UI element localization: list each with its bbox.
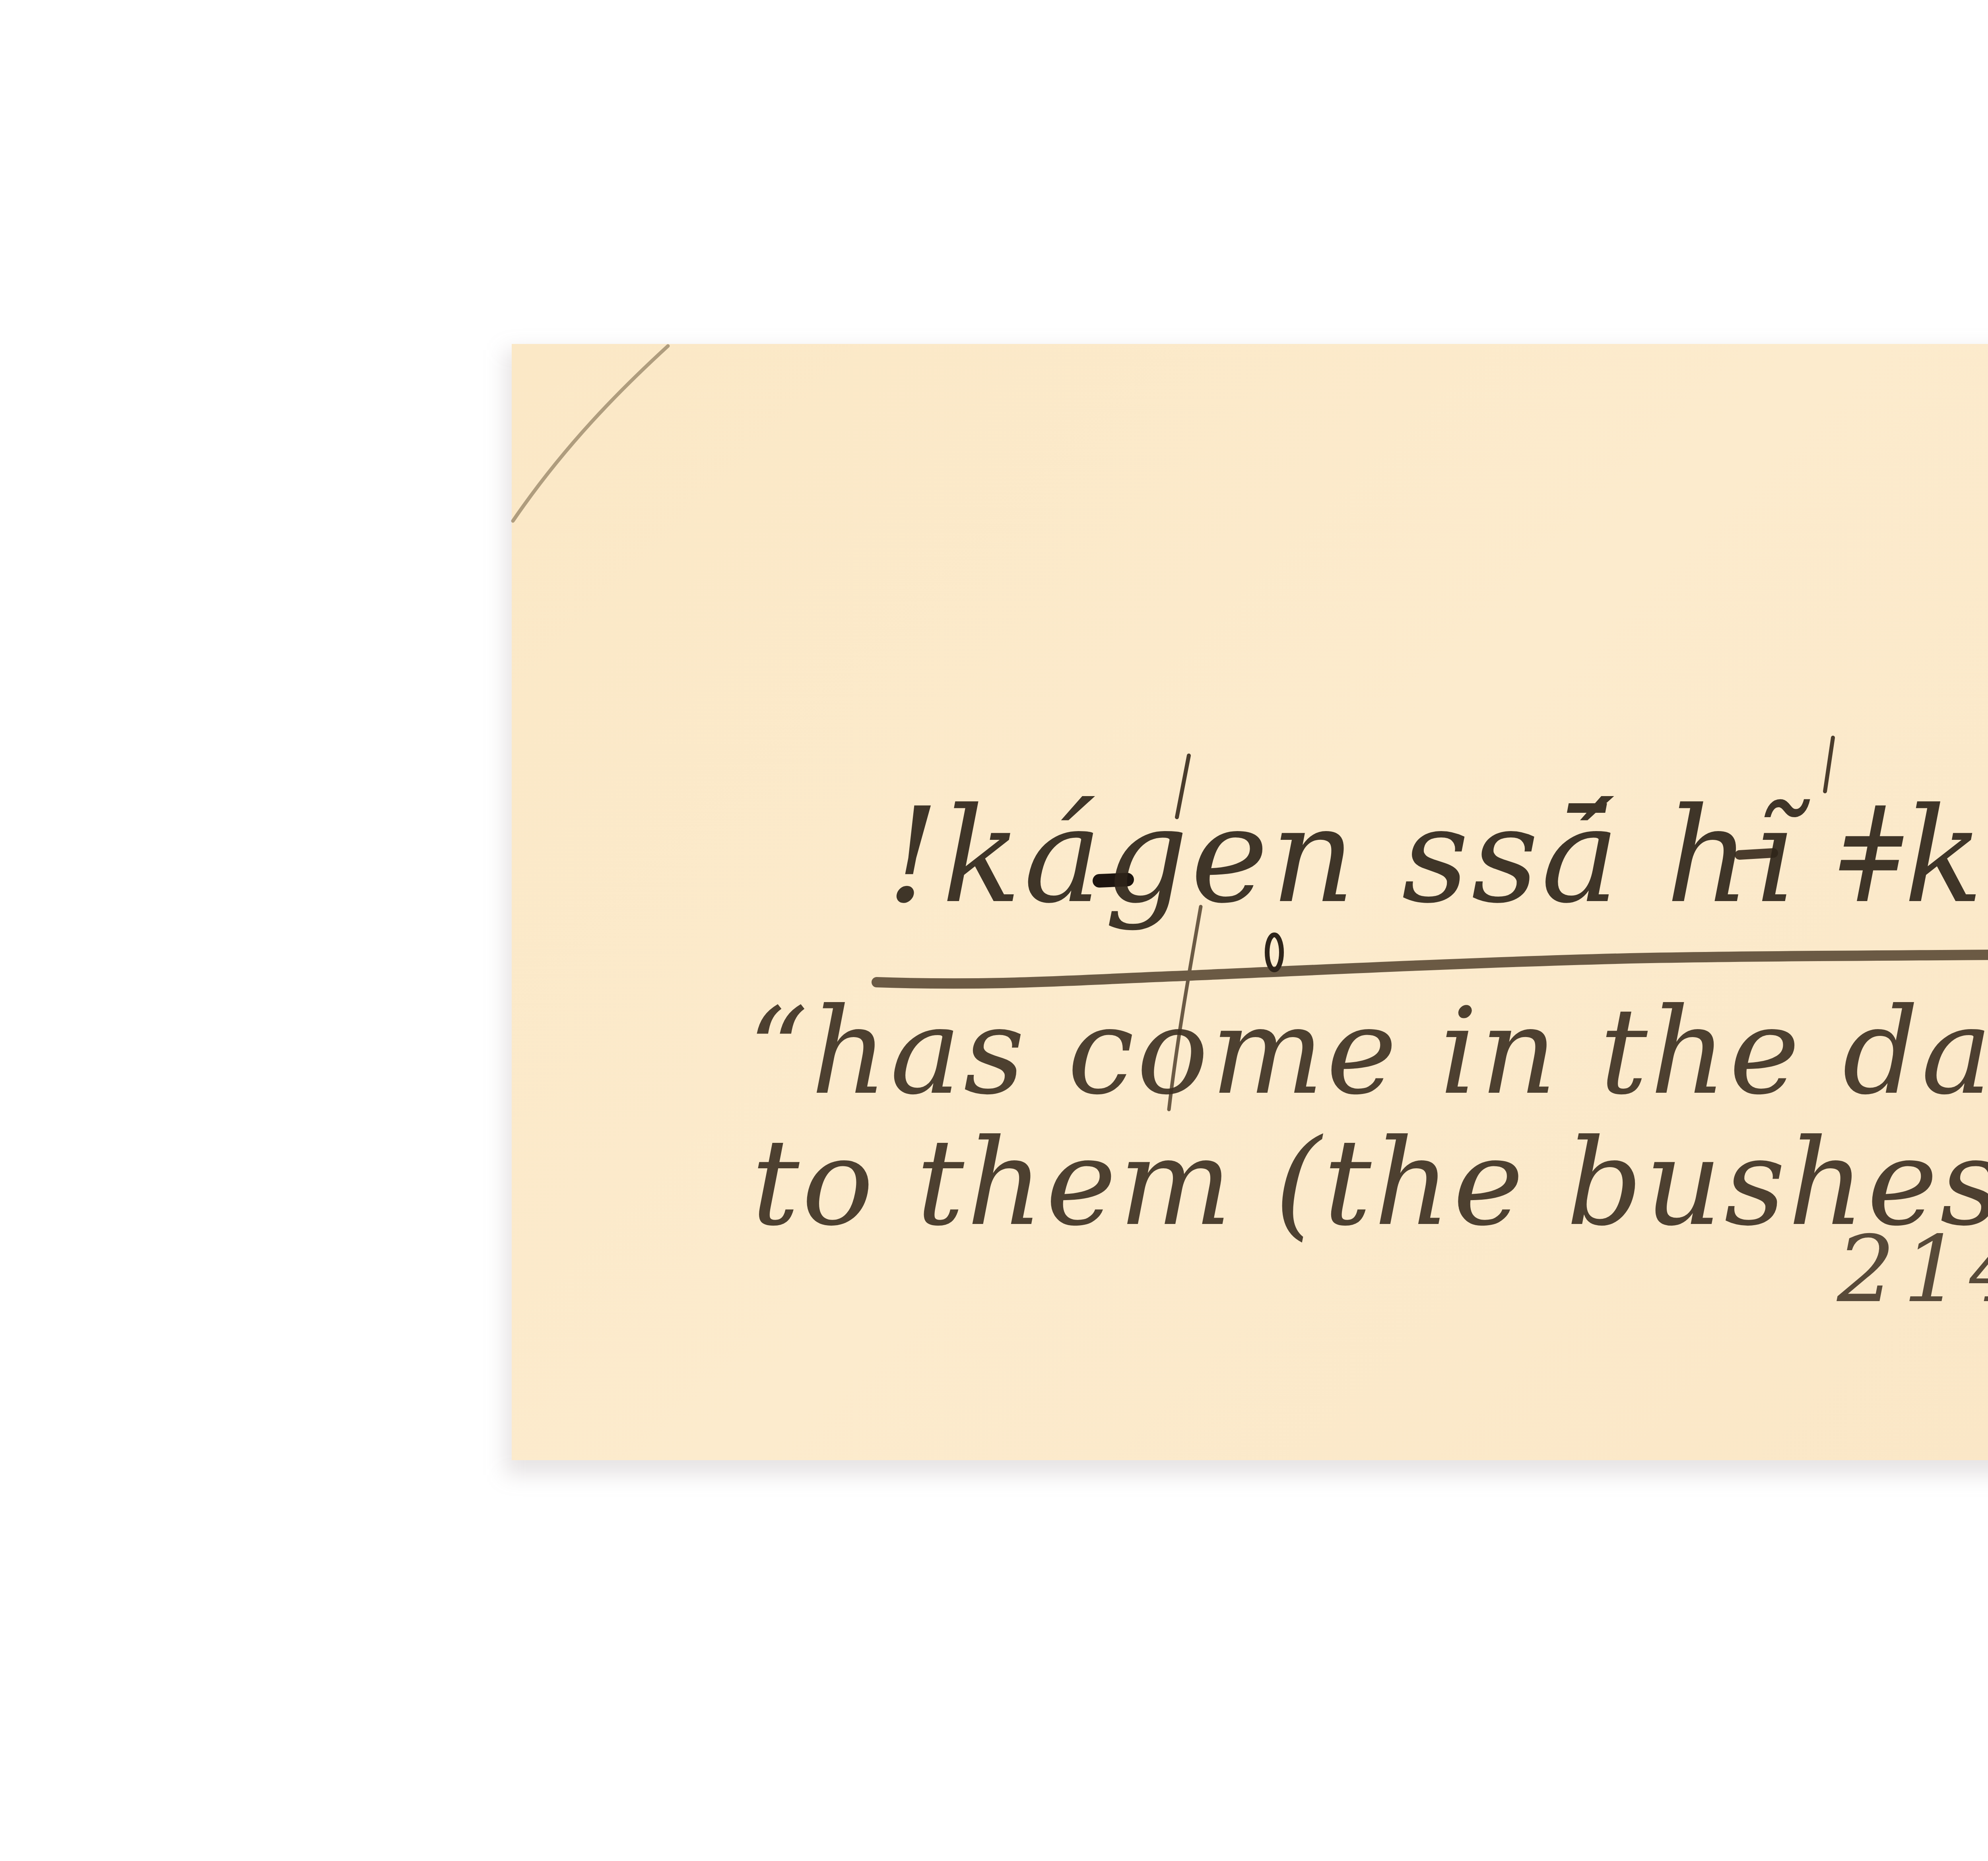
pencil-corner-line	[513, 346, 668, 521]
headword-underline	[877, 953, 1988, 983]
ring-diacritic	[1267, 935, 1281, 970]
page-reference: 2144, 21;	[1837, 1217, 1988, 1323]
headword: !kágen ssā́ hı̃ ǂkũ	[887, 779, 1988, 932]
gloss-line-1: “has come in the darkness	[747, 982, 1988, 1121]
gloss-line-2: to them (the bushes)”	[751, 1113, 1988, 1252]
